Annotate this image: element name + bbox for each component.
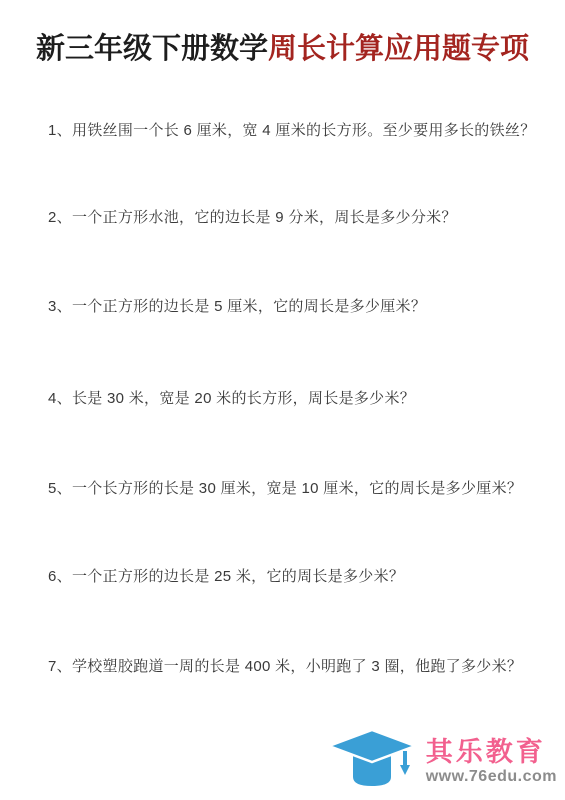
title-black-part: 新三年级下册数学: [36, 33, 268, 65]
question-1: 1、用铁丝围一个长 6 厘米，宽 4 厘米的长方形。至少要用多长的铁丝？: [48, 119, 545, 140]
question-4: 4、长是 30 米，宽是 20 米的长方形，周长是多少米？: [48, 387, 545, 408]
question-2: 2、一个正方形水池，它的边长是 9 分米，周长是多少分米？: [48, 206, 545, 227]
question-3: 3、一个正方形的边长是 5 厘米，它的周长是多少厘米？: [48, 295, 545, 316]
logo-text-block: 其乐教育 www.76edu.com: [426, 739, 557, 785]
brand-name: 其乐教育: [426, 739, 546, 766]
worksheet-page: 新三年级下册数学周长计算应用题专项 1、用铁丝围一个长 6 厘米，宽 4 厘米的…: [0, 0, 565, 800]
question-5: 5、一个长方形的长是 30 厘米，宽是 10 厘米，它的周长是多少厘米？: [48, 477, 545, 498]
graduation-cap-icon: [327, 729, 419, 794]
title-red-part: 周长计算应用题专项: [268, 33, 529, 65]
brand-logo: 其乐教育 www.76edu.com: [327, 729, 557, 794]
page-title: 新三年级下册数学周长计算应用题专项: [0, 26, 565, 67]
brand-website: www.76edu.com: [426, 769, 557, 785]
question-7: 7、学校塑胶跑道一周的长是 400 米，小明跑了 3 圈，他跑了多少米？: [48, 655, 545, 676]
question-6: 6、一个正方形的边长是 25 米，它的周长是多少米？: [48, 565, 545, 586]
